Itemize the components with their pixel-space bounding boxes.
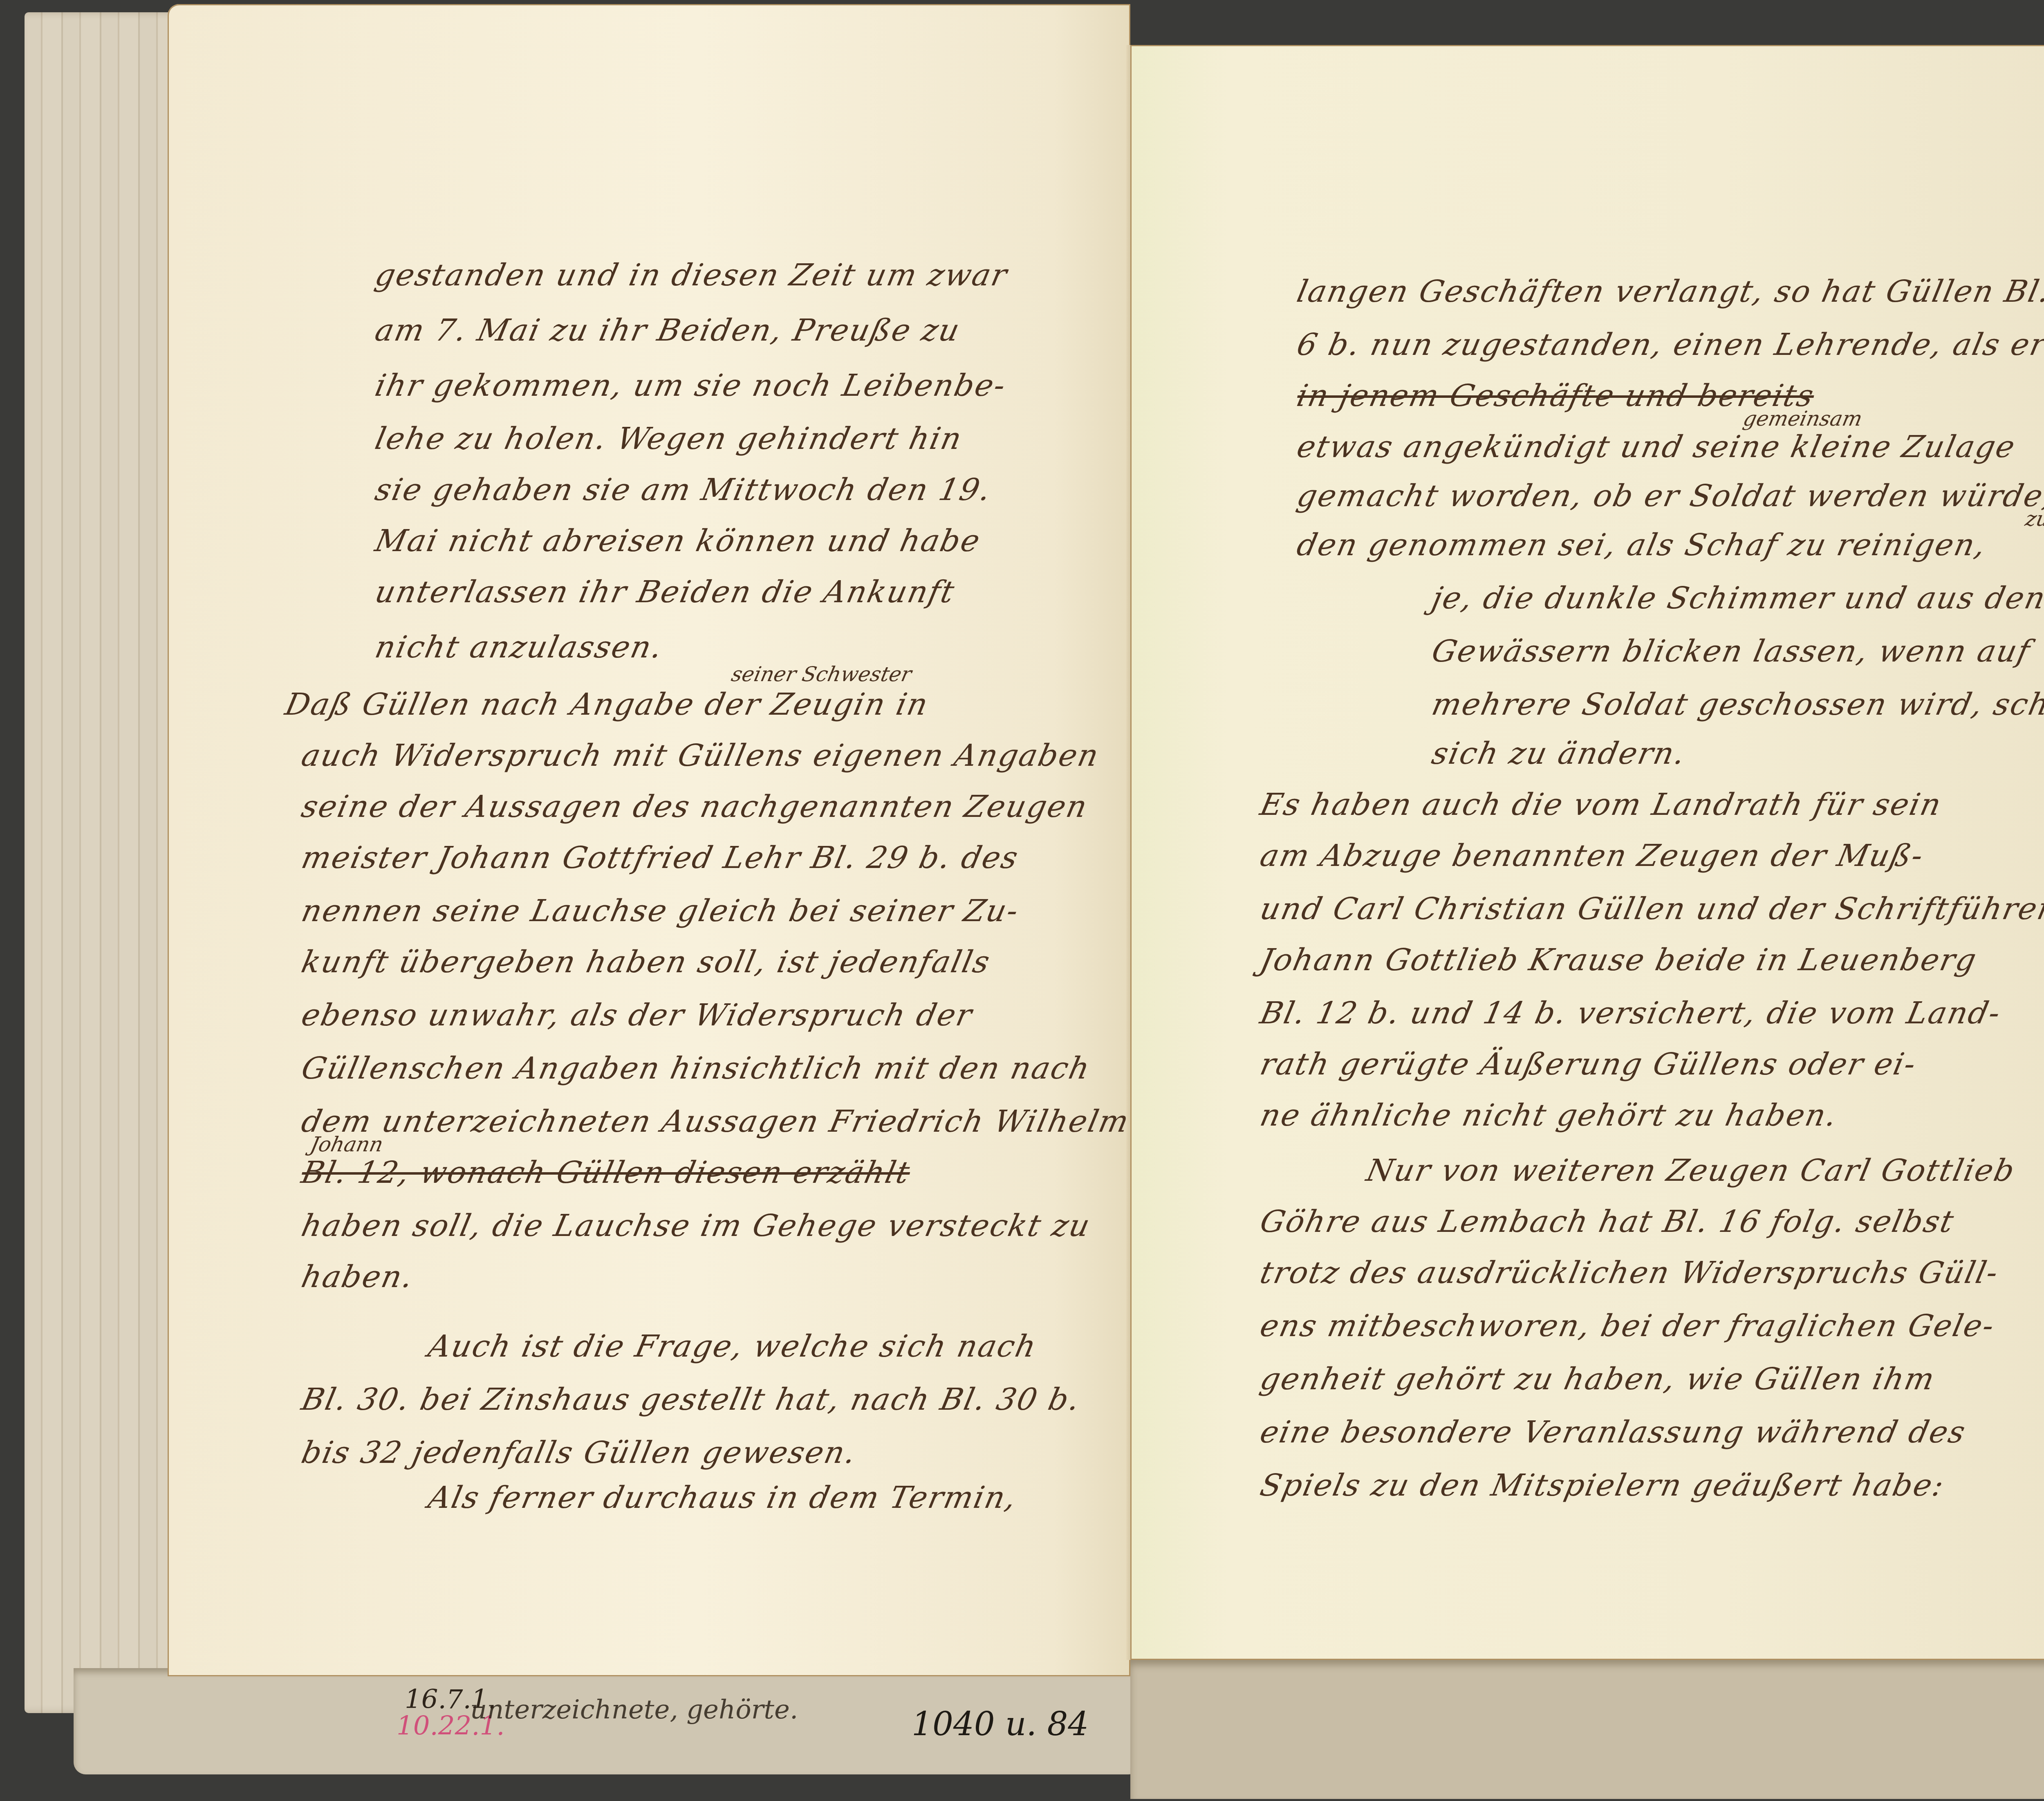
- manuscript-line: mehrere Soldat geschossen wird, schien: [1429, 687, 2044, 722]
- manuscript-line: Nur von weiteren Zeugen Carl Gottlieb: [1363, 1153, 2019, 1188]
- manuscript-line: nicht anzulassen.: [372, 630, 666, 665]
- manuscript-line: gemacht worden, ob er Soldat werden würd…: [1294, 478, 2044, 514]
- manuscript-line: am 7. Mai zu ihr Beiden, Preuße zu: [372, 313, 964, 348]
- manuscript-line: am Abzuge benannten Zeugen der Muß-: [1257, 838, 1927, 873]
- interlinear-insertion: seiner Schwester: [729, 662, 914, 686]
- interlinear-insertion: Johann: [308, 1133, 385, 1156]
- manuscript-line: etwas angekündigt und seine kleine Zulag…: [1294, 429, 2019, 464]
- archival-ink-note: unterzeichnete, gehörte.: [470, 1695, 798, 1725]
- manuscript-line: nennen seine Lauchse gleich bei seiner Z…: [298, 893, 1022, 929]
- manuscript-line: eine besondere Veranlassung während des: [1257, 1415, 1969, 1450]
- manuscript-line: Güllenschen Angaben hinsichtlich mit den…: [298, 1051, 1094, 1086]
- left-page: gestanden und in diesen Zeit um zwar am …: [168, 4, 1130, 1676]
- manuscript-line: ebenso unwahr, als der Widerspruch der: [298, 998, 976, 1033]
- manuscript-line: haben.: [298, 1259, 417, 1294]
- manuscript-line: genheit gehört zu haben, wie Güllen ihm: [1257, 1361, 1939, 1397]
- right-page: langen Geschäften verlangt, so hat Gülle…: [1130, 45, 2044, 1660]
- archival-ink-note: 1040 u. 84: [912, 1705, 1089, 1743]
- manuscript-line: Als ferner durchaus in dem Termin,: [425, 1480, 1020, 1515]
- manuscript-line: Spiels zu den Mitspielern geäußert habe:: [1257, 1468, 1948, 1503]
- manuscript-line: ihr gekommen, um sie noch Leibenbe-: [372, 368, 1010, 403]
- manuscript-line: Göhre aus Lembach hat Bl. 16 folg. selbs…: [1257, 1204, 1958, 1239]
- manuscript-line: rath gerügte Äußerung Güllens oder ei-: [1257, 1047, 1920, 1082]
- manuscript-line: auch Widerspruch mit Güllens eigenen Ang…: [298, 738, 1103, 773]
- manuscript-line: meister Johann Gottfried Lehr Bl. 29 b. …: [298, 840, 1022, 875]
- manuscript-line: trotz des ausdrücklichen Widerspruchs Gü…: [1257, 1255, 2002, 1290]
- page-stack-bottom-right: [1130, 1660, 2044, 1799]
- manuscript-line: 6 b. nun zugestanden, einen Lehrende, al…: [1294, 327, 2044, 362]
- manuscript-line: langen Geschäften verlangt, so hat Gülle…: [1294, 274, 2044, 309]
- manuscript-line: Daß Güllen nach Angabe der Zeugin in: [282, 687, 932, 722]
- manuscript-line: und Carl Christian Güllen und der Schrif…: [1257, 891, 2044, 926]
- manuscript-line: ens mitbeschworen, bei der fraglichen Ge…: [1257, 1308, 1998, 1343]
- manuscript-line: den genommen sei, als Schaf zu reinigen,: [1294, 527, 1990, 563]
- manuscript-line: unterlassen ihr Beiden die Ankunft: [372, 574, 958, 610]
- manuscript-line: Bl. 12 b. und 14 b. versichert, die vom …: [1257, 996, 2004, 1031]
- manuscript-line: Bl. 12, wonach Güllen diesen erzählt: [298, 1155, 914, 1190]
- manuscript-line: Es haben auch die vom Landrath für sein: [1257, 787, 1945, 822]
- interlinear-insertion: gemeinsam: [1741, 407, 1865, 431]
- manuscript-line: Bl. 30. bei Zinshaus gestellt hat, nach …: [298, 1382, 1084, 1417]
- manuscript-line: lehe zu holen. Wegen gehindert hin: [372, 421, 966, 456]
- manuscript-line: Gewässern blicken lassen, wenn auf: [1429, 634, 2034, 669]
- page-stack-left-edge: [25, 12, 180, 1713]
- manuscript-line: bis 32 jedenfalls Güllen gewesen.: [298, 1435, 860, 1470]
- manuscript-line: je, die dunkle Schimmer und aus den: [1429, 581, 2044, 616]
- manuscript-line: sie gehaben sie am Mittwoch den 19.: [372, 472, 995, 507]
- manuscript-line: kunft übergeben haben soll, ist jedenfal…: [298, 944, 994, 980]
- manuscript-line: gestanden und in diesen Zeit um zwar: [372, 258, 1011, 293]
- manuscript-line: seine der Aussagen des nachgenannten Zeu…: [298, 789, 1091, 824]
- manuscript-line: sich zu ändern.: [1429, 736, 1689, 771]
- manuscript-line: in jenem Geschäfte und bereits: [1294, 378, 1818, 413]
- manuscript-line: dem unterzeichneten Aussagen Friedrich W…: [298, 1104, 1133, 1139]
- manuscript-line: haben soll, die Lauchse im Gehege verste…: [298, 1208, 1094, 1243]
- manuscript-line: Johann Gottlieb Krause beide in Leuenber…: [1257, 942, 1980, 978]
- manuscript-line: ne ähnliche nicht gehört zu haben.: [1257, 1098, 1841, 1133]
- manuscript-line: Mai nicht abreisen können und habe: [372, 523, 984, 558]
- manuscript-line: Auch ist die Frage, welche sich nach: [425, 1329, 1040, 1364]
